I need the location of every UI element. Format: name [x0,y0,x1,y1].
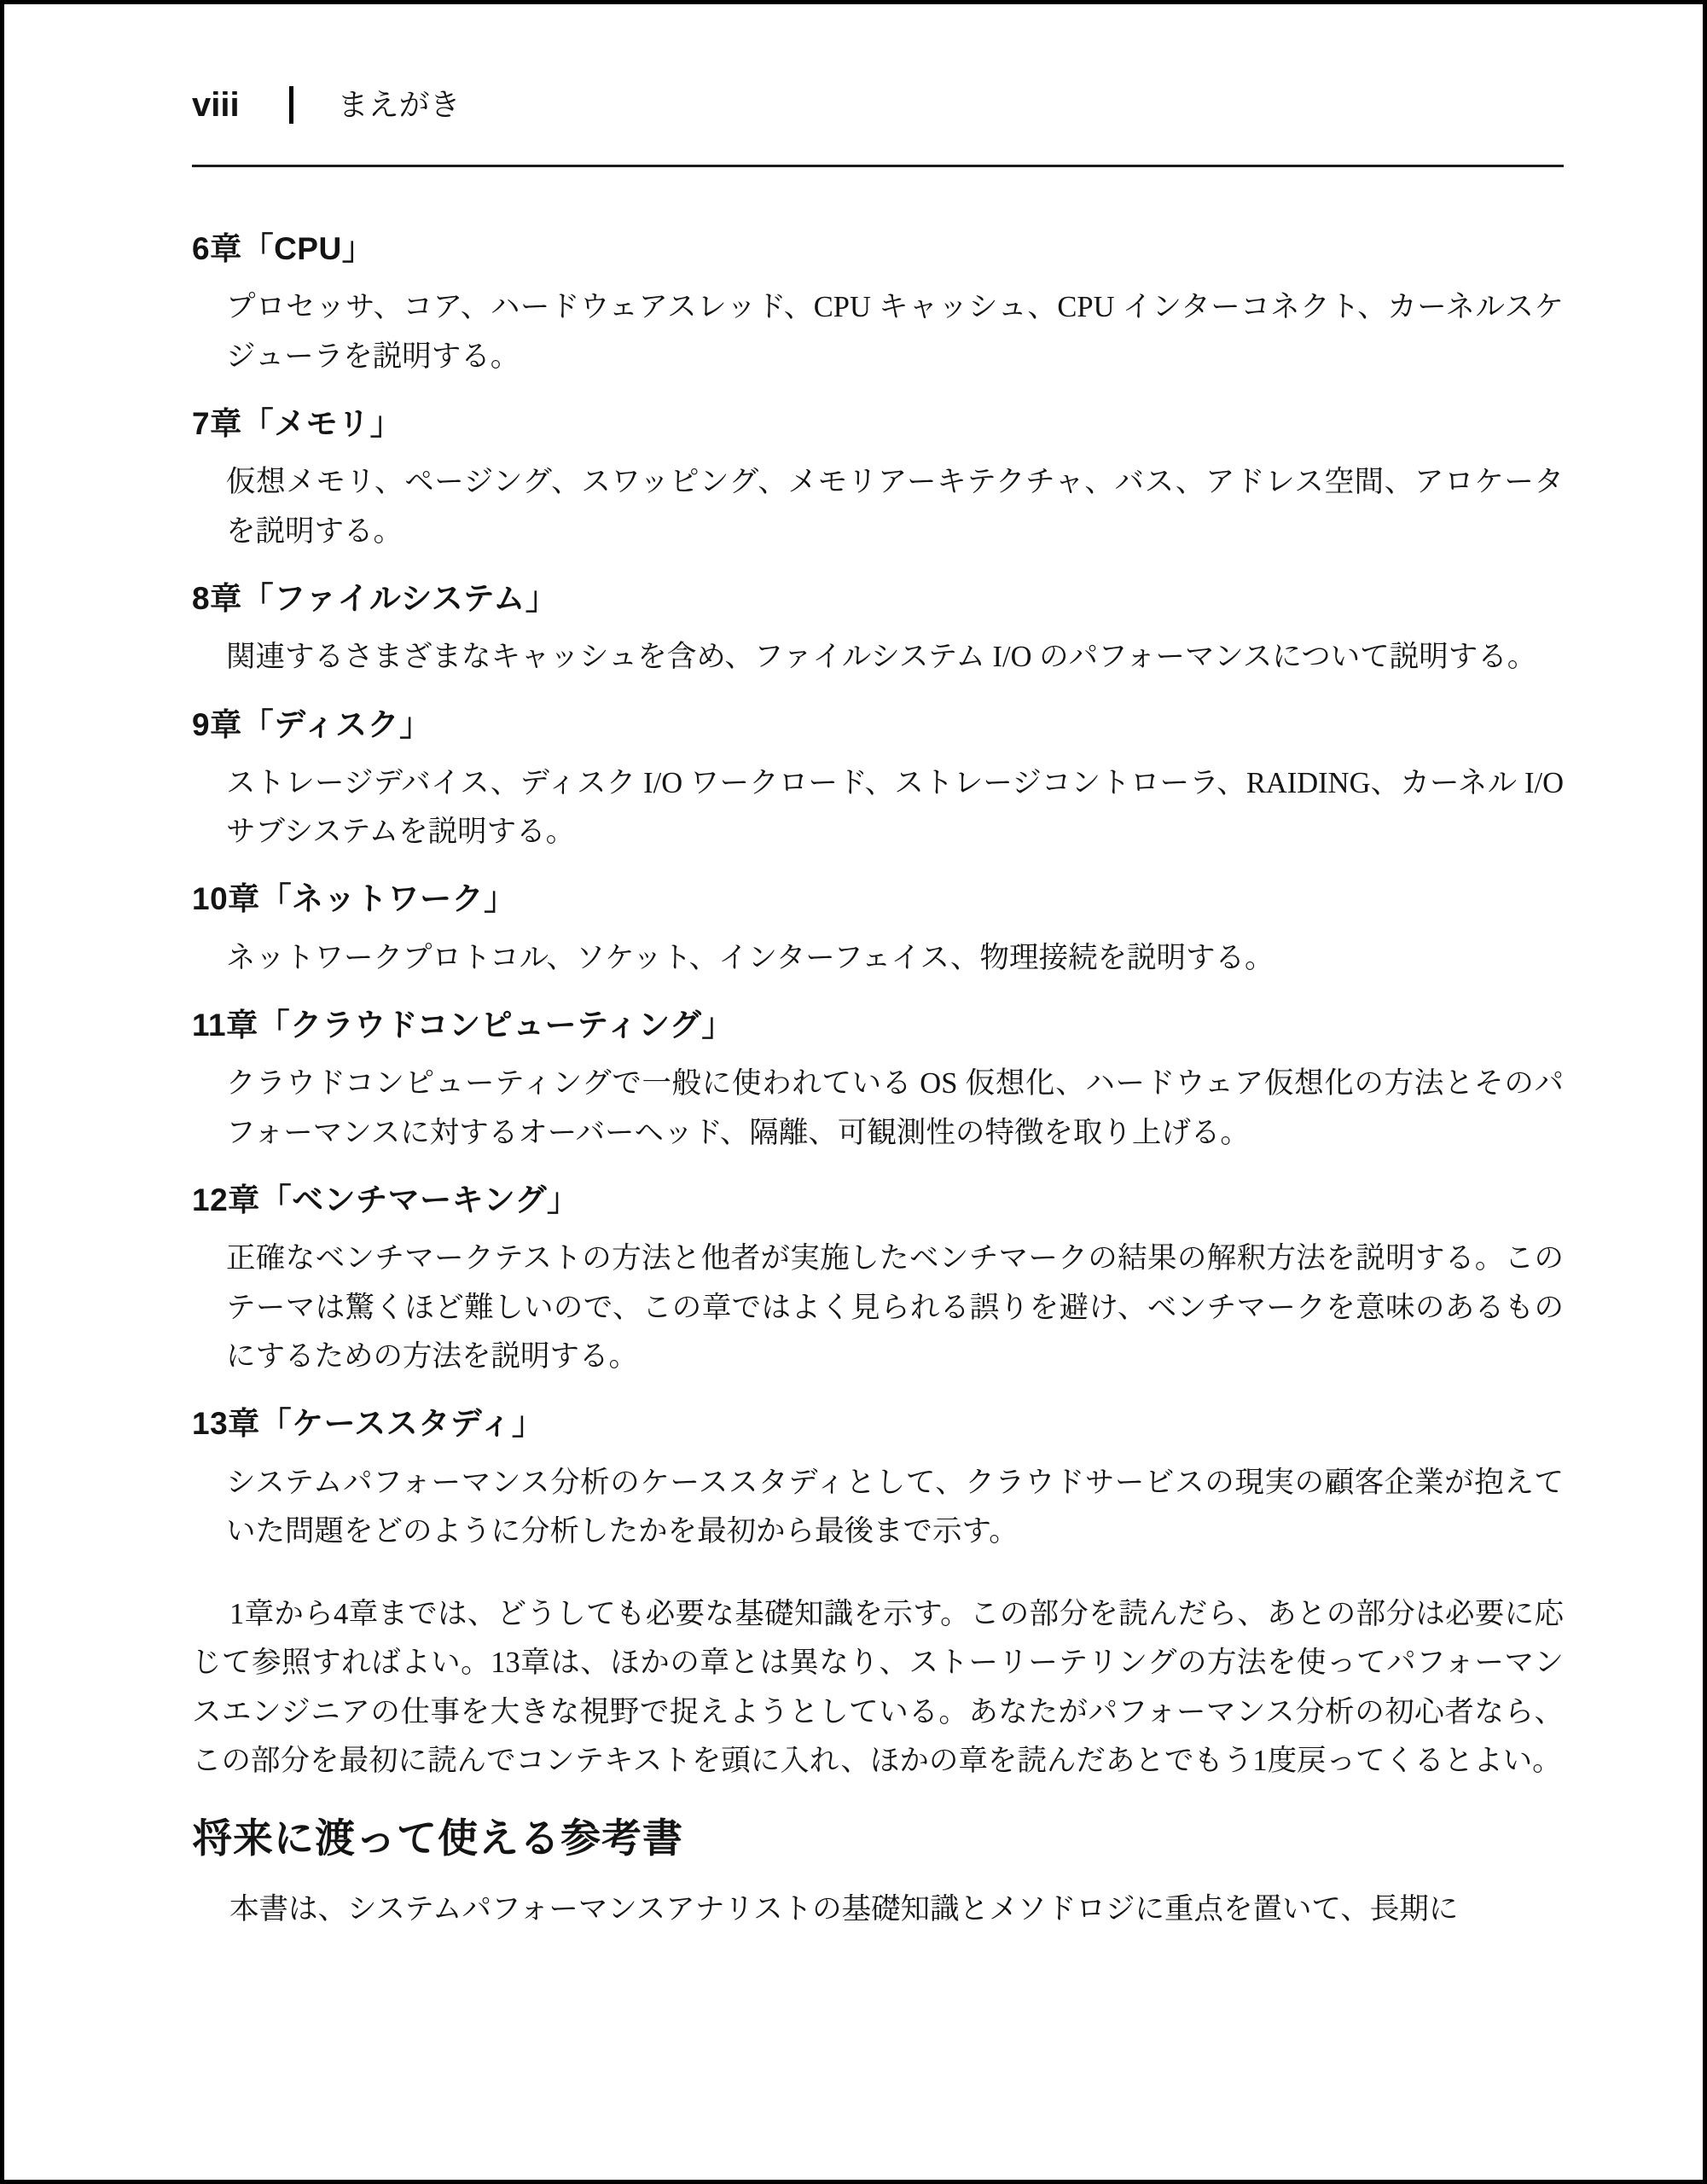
chapter-description: プロセッサ、コア、ハードウェアスレッド、CPU キャッシュ、CPU インターコネ… [192,283,1564,381]
running-header: viii まえがき [192,86,1564,124]
header-rule [192,165,1564,167]
chapter-description: クラウドコンピューティングで一般に使われている OS 仮想化、ハードウェア仮想化… [192,1060,1564,1158]
chapter-heading: 9章「ディスク」 [192,706,1564,744]
chapter-description: 仮想メモリ、ページング、スワッピング、メモリアーキテクチャ、バス、アドレス空間、… [192,458,1564,556]
chapter-entry-8: 8章「ファイルシステム」 関連するさまざまなキャッシュを含め、ファイルシステム … [192,580,1564,682]
chapter-heading: 10章「ネットワーク」 [192,880,1564,918]
reading-guide-paragraph: 1章から4章までは、どうしても必要な基礎知識を示す。この部分を読んだら、あとの部… [192,1590,1564,1786]
chapter-heading: 11章「クラウドコンピューティング」 [192,1007,1564,1044]
chapter-description: 正確なベンチマークテストの方法と他者が実施したベンチマークの結果の解釈方法を説明… [192,1234,1564,1381]
chapter-entry-6: 6章「CPU」 プロセッサ、コア、ハードウェアスレッド、CPU キャッシュ、CP… [192,230,1564,381]
chapter-heading: 7章「メモリ」 [192,405,1564,443]
chapter-entry-11: 11章「クラウドコンピューティング」 クラウドコンピューティングで一般に使われて… [192,1007,1564,1158]
chapter-description: ストレージデバイス、ディスク I/O ワークロード、ストレージコントローラ、RA… [192,759,1564,857]
header-divider [289,86,293,124]
section-heading-reference-books: 将来に渡って使える参考書 [192,1815,1564,1862]
chapter-entry-9: 9章「ディスク」 ストレージデバイス、ディスク I/O ワークロード、ストレージ… [192,706,1564,857]
chapter-heading: 13章「ケーススタディ」 [192,1405,1564,1443]
chapter-heading: 6章「CPU」 [192,230,1564,268]
chapter-entry-7: 7章「メモリ」 仮想メモリ、ページング、スワッピング、メモリアーキテクチャ、バス… [192,405,1564,556]
reference-section-paragraph: 本書は、システムパフォーマンスアナリストの基礎知識とメソドロジに重点を置いて、長… [192,1885,1564,1934]
chapter-list: 6章「CPU」 プロセッサ、コア、ハードウェアスレッド、CPU キャッシュ、CP… [192,230,1564,1556]
book-page: viii まえがき 6章「CPU」 プロセッサ、コア、ハードウェアスレッド、CP… [0,0,1707,2184]
chapter-entry-10: 10章「ネットワーク」 ネットワークプロトコル、ソケット、インターフェイス、物理… [192,880,1564,983]
chapter-heading: 12章「ベンチマーキング」 [192,1182,1564,1219]
chapter-description: ネットワークプロトコル、ソケット、インターフェイス、物理接続を説明する。 [192,934,1564,983]
chapter-description: システムパフォーマンス分析のケーススタディとして、クラウドサービスの現実の顧客企… [192,1459,1564,1557]
header-title: まえがき [338,90,461,120]
chapter-entry-12: 12章「ベンチマーキング」 正確なベンチマークテストの方法と他者が実施したベンチ… [192,1182,1564,1381]
chapter-description: 関連するさまざまなキャッシュを含め、ファイルシステム I/O のパフォーマンスに… [192,633,1564,682]
chapter-entry-13: 13章「ケーススタディ」 システムパフォーマンス分析のケーススタディとして、クラ… [192,1405,1564,1556]
page-number: viii [192,88,240,122]
chapter-heading: 8章「ファイルシステム」 [192,580,1564,618]
